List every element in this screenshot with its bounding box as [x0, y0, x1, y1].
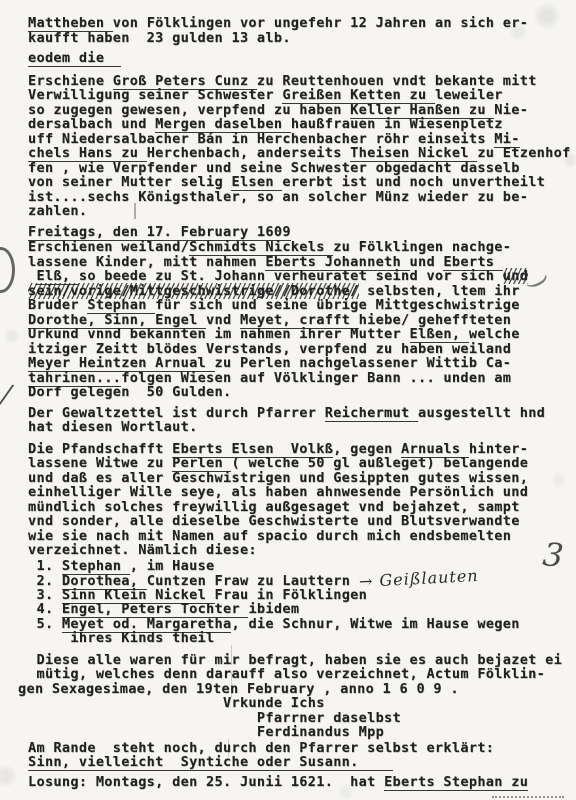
text-line: Erschienen weiland/Schmidts Nickels zu F…: [28, 240, 576, 255]
text-line: 5. Meyet od. Margaretha, die Schnur, Wit…: [28, 617, 576, 632]
paragraph-pfandschafft: Die Pfandschafft Eberts Elsen Volkß, geg…: [28, 442, 576, 558]
text-segment: hat diesen Wortlaut.: [28, 419, 198, 435]
scanned-document-page: Mattheben von Fölklingen vor ungefehr 12…: [0, 0, 576, 800]
text-line: Sinn, vielleicht Syntiche oder Susann.: [28, 755, 576, 770]
text-line: Erschiene Groß Peters Cunz zu Reuttenhou…: [28, 74, 576, 89]
text-line: Vrkunde Ichs: [28, 696, 576, 711]
text-segment: Losung: Montags, den 25. Junii 1621. hat: [28, 774, 384, 790]
text-segment: kaufft haben 23 gulden 13 alb.: [28, 30, 291, 46]
text-segment: Dorf gelegen 50 Gulden.: [28, 384, 231, 400]
text-line: einhelliger Wille seye, als haben ahnwes…: [28, 485, 576, 500]
text-line: zahlen.: [28, 204, 576, 219]
text-line: verzeichnet. Nämlich diese:: [28, 543, 576, 558]
paragraph-purchase: Mattheben von Fölklingen vor ungefehr 12…: [28, 16, 576, 45]
handwritten-annotation: → Geißlauten: [358, 569, 478, 590]
fold-crease-mark: [231, 672, 232, 698]
text-line: Bruder Stephan für sich und seine übrige…: [28, 298, 576, 313]
text-segment: verzeichnet. Nämlich diese:: [28, 542, 257, 558]
text-line: fen , wie Verpfender und seine Schwester…: [28, 161, 576, 176]
left-margin-stamp-arc: [0, 247, 15, 293]
text-line: ist....sechs Königsthaler, so an solcher…: [28, 190, 576, 205]
text-line: Pfarrner daselbst: [28, 711, 576, 726]
text-line: von seiner Mutter selig Elsen ererbt ist…: [28, 175, 576, 190]
paragraph-gewaltzettel: Der Gewaltzettel ist durch Pfarrer Reich…: [28, 406, 576, 435]
text-line: Losung: Montags, den 25. Junii 1621. hat…: [28, 775, 576, 790]
text-line: kaufft haben 23 gulden 13 alb.: [28, 31, 576, 46]
underlined-text: Reichermut: [325, 405, 418, 422]
text-segment: leweiler: [435, 87, 503, 103]
text-line: Diese alle waren für mir befragt, haben …: [28, 653, 576, 668]
right-margin-squiggle-mark: 3: [541, 535, 565, 575]
text-segment: 1.: [28, 558, 62, 574]
text-line: und daß es aller Geschwistrigen und Gesi…: [28, 471, 576, 486]
text-line: Urkund vnnd bekannten im nahmen ihrer Mu…: [28, 327, 576, 342]
text-line: Dorf gelegen 50 Gulden.: [28, 385, 576, 400]
text-line: itziger Zeitt blödes Verstands, verpfend…: [28, 342, 576, 357]
text-line: Der Gewaltzettel ist durch Pfarrer Reich…: [28, 406, 576, 421]
left-margin-slash-mark: /: [0, 380, 13, 411]
text-segment: ihres Kinds theil: [28, 630, 215, 646]
text-segment: , die Schnur, Witwe im Hause wegen: [231, 616, 519, 632]
fold-crease-mark: [228, 739, 229, 757]
text-line: eodem die: [28, 51, 576, 66]
text-line: 1. Stephan , im Hause: [28, 559, 576, 574]
text-segment: ist....sechs Königsthaler, so an solcher…: [28, 189, 528, 205]
text-segment: zahlen.: [28, 203, 87, 219]
paragraph-cunz-pledge: Erschiene Groß Peters Cunz zu Reuttenhou…: [28, 74, 576, 219]
text-line: 4. Engel, Peters Tochter ibidem: [28, 602, 576, 617]
fold-crease-mark: [134, 203, 136, 219]
text-line: 2. Dorothea, Cuntzen Fraw zu Lauttern → …: [28, 573, 576, 588]
heading-eodem-die: eodem die: [28, 51, 576, 66]
text-line: uff Niedersalbacher Bán in Herchenbacher…: [28, 132, 576, 147]
text-line: Elß, so beede zu St. Johann verheuratet …: [28, 269, 576, 284]
list-heirs: 1. Stephan , im Hause 2. Dorothea, Cuntz…: [28, 559, 576, 646]
text-line: Mattheben von Fölklingen vor ungefehr 12…: [28, 16, 576, 31]
underlined-text: Freitags, den 17. February 1609: [28, 224, 291, 241]
text-line: lassene Kinder, mitt nahmen Eberts Johan…: [28, 255, 576, 270]
text-segment: , im Hause: [130, 558, 215, 574]
text-line: Die Pfandschafft Eberts Elsen Volkß, geg…: [28, 442, 576, 457]
text-line: Meyer Heintzen Arnual zu Perlen nachgela…: [28, 356, 576, 371]
text-segment: Ferdinandus Mpp: [28, 724, 384, 740]
signature-block: Vrkunde Ichs Pfarrner daselbst Ferdinand…: [28, 696, 576, 740]
paragraph-schmidts-nickels: Erschienen weiland/Schmidts Nickels zu F…: [28, 240, 576, 400]
document-content: Mattheben von Fölklingen vor ungefehr 12…: [28, 16, 576, 789]
text-line: lassene Witwe zu Perlen ( welche 50 gl a…: [28, 456, 576, 471]
underlined-text: eodem die: [28, 50, 121, 67]
text-line: Ferdinandus Mpp: [28, 725, 576, 740]
text-line: gen Sexagesimae, den 19ten February , an…: [18, 682, 576, 697]
text-line: chels Hans zu Herchenbach, anderseits Th…: [28, 146, 576, 161]
heading-date-1609: Freitags, den 17. February 1609: [28, 225, 576, 240]
text-line: dersalbach und Mergen daselben haußfraue…: [28, 117, 576, 132]
bottom-dotted-artifact: [492, 793, 564, 798]
text-line: 3. Sinn Klein Nickel Frau in Fölklingen: [28, 588, 576, 603]
text-line: tahrinen...folgen Wiesen auf Völklinger …: [28, 371, 576, 386]
underlined-text: Sinn, vielleicht Syntiche oder Susann.: [28, 754, 393, 771]
text-line: ihres Kinds theil: [28, 631, 576, 646]
text-line: Verwilligung seiner Schwester Greißen Ke…: [28, 88, 576, 103]
paragraph-losung-1621: Losung: Montags, den 25. Junii 1621. hat…: [28, 775, 576, 790]
text-segment: ausgestellt hnd: [418, 405, 545, 421]
text-line: Dorothe, Sinn, Engel vnd Meyet, crafft h…: [28, 313, 576, 328]
underlined-text: Stephan: [62, 558, 130, 575]
underlined-text: Eberts Stephan zu: [384, 774, 528, 791]
text-line: so zugegen gewesen, verpfend zu haben Ke…: [28, 103, 576, 118]
text-line: mündlich solches freywillig außgesaget v…: [28, 500, 576, 515]
text-line: vnd sonder, alle dieselbe Geschwisterte …: [28, 514, 576, 529]
text-line: sein/vorige/Mittgeschwistrige//Dorothe/ …: [28, 284, 576, 299]
fold-crease-mark: [231, 645, 232, 665]
text-line: Am Rande steht noch, durch den Pfarrer s…: [28, 741, 576, 756]
text-line: hat diesen Wortlaut.: [28, 420, 576, 435]
text-line: Freitags, den 17. February 1609: [28, 225, 576, 240]
text-segment: Bruder: [28, 297, 87, 313]
paragraph-actum: Diese alle waren für mir befragt, haben …: [28, 653, 576, 697]
text-line: mütig, welches denn darauff also verzeic…: [28, 667, 576, 682]
text-line: wie sie nach mit Namen auf spacio durch …: [28, 529, 576, 544]
paragraph-margin-note: Am Rande steht noch, durch den Pfarrer s…: [28, 741, 576, 770]
